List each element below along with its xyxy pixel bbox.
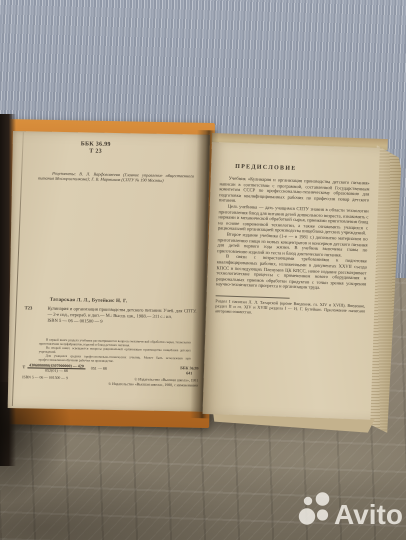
preface-heading: ПРЕДИСЛОВИЕ [235, 164, 297, 172]
avito-watermark: Avito [288, 488, 404, 534]
photo-scene: ББК 36.99 Т 23 Рецензенты: В. Л. Варфоло… [0, 0, 406, 540]
code-fraction: 4306000000(4307000000) — 420 052(01) — 8… [27, 363, 86, 373]
avito-logo-text: Avito [334, 499, 403, 530]
annotation-block: В первой книге раздела учебника рассматр… [39, 338, 191, 365]
code-side: 051 — 88 [91, 367, 107, 372]
imprint-footer: ISBN 5 — 06 — 001500 — 9 © Издательство … [22, 375, 198, 388]
left-page: ББК 36.99 Т 23 Рецензенты: В. Л. Варфоло… [8, 131, 210, 412]
authors-line: Татарская Л. Л., Бутейкис Н. Г. [50, 298, 128, 304]
copyright-block: © Издательство «Высшая школа», 1981 © Из… [108, 377, 198, 388]
catalog-header: Т 23 [81, 148, 111, 156]
right-page: ПРЕДИСЛОВИЕ Учебник «Кулинария и организ… [203, 142, 380, 420]
preface-body: Учебник «Кулинария и организация произво… [216, 175, 370, 292]
copyright-line: © Издательство «Высшая школа», 1988, с и… [108, 381, 198, 387]
avito-logo: Avito [288, 488, 404, 534]
isbn-footer: ISBN 5 — 06 — 001500 — 9 [22, 375, 68, 385]
bbk-block: ББК 36.99 Т 23 [81, 141, 111, 156]
authorship-credit: Раздел I написан Л. Л. Татарской (кроме … [215, 298, 365, 319]
reviewers-line: Рецензенты: В. Л. Варфоломеева (Главное … [38, 170, 194, 184]
bibliographic-entry: Т23 Кулинария и организация производства… [24, 305, 196, 326]
catalog-code-block: Т 4306000000(4307000000) — 420 052(01) —… [22, 363, 198, 376]
preface-paragraph: В связи с возрастающими требованиями к п… [216, 254, 367, 293]
avito-logo-dots [299, 492, 330, 525]
code-letter: Т [22, 365, 25, 370]
entry-code: Т23 [25, 305, 33, 311]
code-denominator: 052(01) — 88 [45, 367, 68, 372]
